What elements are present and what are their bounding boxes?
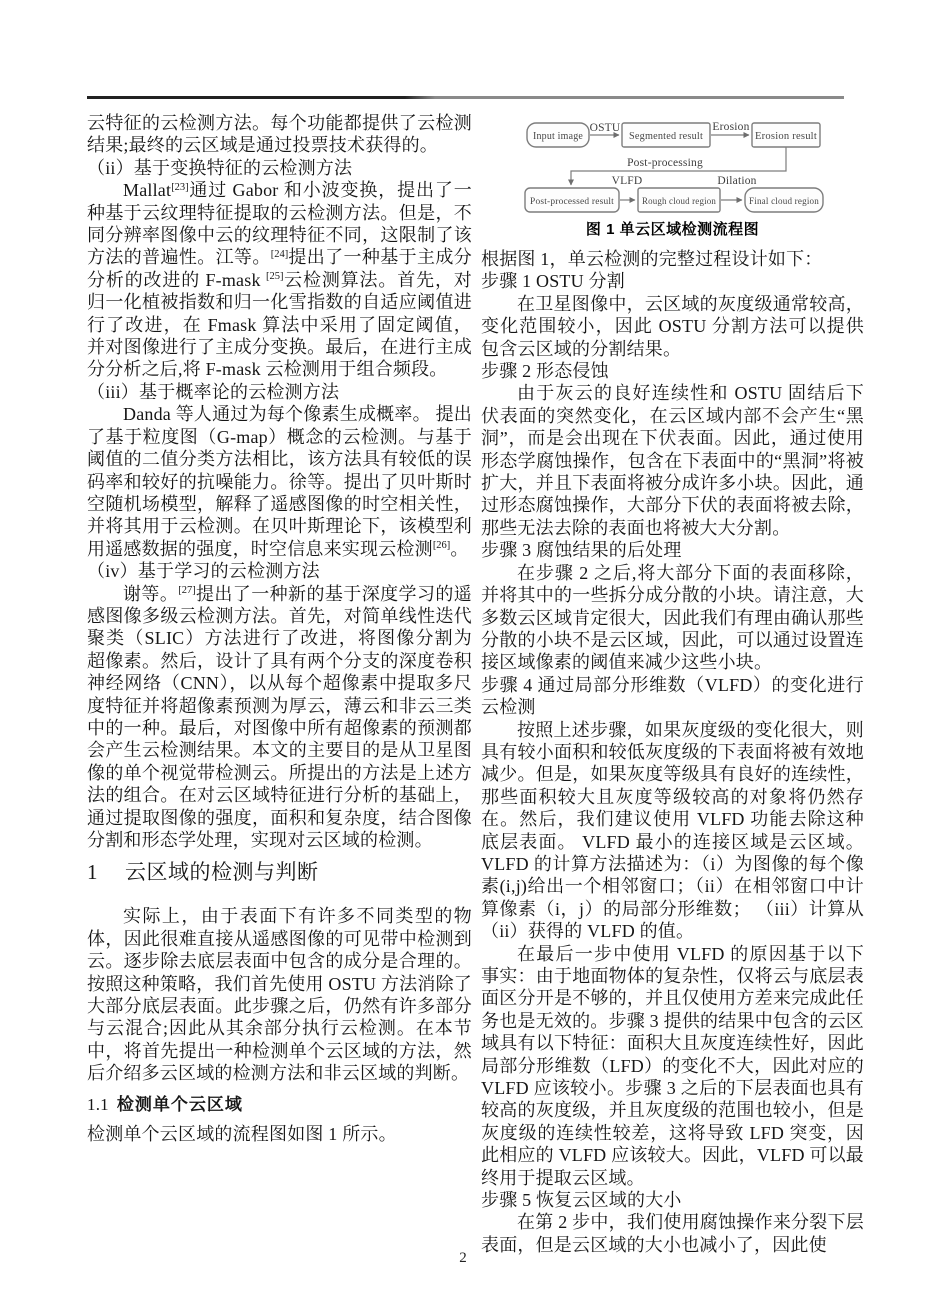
- paragraph-figure-intro: 根据图 1，单云检测的完整过程设计如下：: [481, 248, 864, 270]
- section-heading-1: 1云区域的检测与判断: [87, 857, 472, 887]
- step-4-text-2: 在最后一步中使用 VLFD 的原因基于以下事实：由于地面物体的复杂性，仅将云与底…: [481, 943, 864, 1189]
- step-2-label: 步骤 2 形态侵蚀: [481, 360, 864, 382]
- text-run: 。: [450, 539, 468, 559]
- citation-ref: [23]: [171, 182, 189, 193]
- citation-ref: [26]: [433, 540, 451, 551]
- citation-ref: [24]: [271, 249, 289, 260]
- paragraph-section1-intro: 实际上，由于表面下有许多不同类型的物体，因此很难直接从遥感图像的可见带中检测到云…: [87, 905, 472, 1084]
- flow-edge-label-ostu: OSTU: [590, 122, 621, 134]
- flow-label-post-processed-result: Post-processed result: [530, 197, 614, 207]
- method-heading-iv: （iv）基于学习的云检测方法: [87, 560, 472, 582]
- section-heading-1-1: 1.1检测单个云区域: [87, 1093, 472, 1117]
- flow-edge-label-vlfd: VLFD: [612, 175, 643, 187]
- right-column: Input image Segmented result Erosion res…: [481, 112, 864, 1256]
- figure-1-caption: 图 1 单云区域检测流程图: [481, 220, 864, 240]
- left-column: 云特征的云检测方法。每个功能都提供了云检测结果;最终的云区域是通过投票技术获得的…: [87, 112, 472, 1145]
- flow-edge-label-dilation: Dilation: [717, 175, 756, 187]
- text-run: 提出了一种新的基于深度学习的遥感图像多级云检测方法。首先，对简单线性迭代聚类（S…: [87, 584, 472, 850]
- step-1-label: 步骤 1 OSTU 分割: [481, 270, 864, 292]
- step-3-label: 步骤 3 腐蚀结果的后处理: [481, 539, 864, 561]
- text-run: Danda 等人通过为每个像素生成概率。 提出了基于粒度图（G-map）概念的云…: [87, 404, 472, 558]
- flow-label-rough-cloud-region: Rough cloud region: [642, 197, 716, 207]
- flow-edge-label-erosion: Erosion: [712, 121, 749, 133]
- step-1-text: 在卫星图像中，云区域的灰度级通常较高，变化范围较小，因此 OSTU 分割方法可以…: [481, 293, 864, 360]
- paragraph-continued: 云特征的云检测方法。每个功能都提供了云检测结果;最终的云区域是通过投票技术获得的…: [87, 112, 472, 157]
- step-4-text: 按照上述步骤，如果灰度级的变化很大，则具有较小面积和较低灰度级的下表面将被有效地…: [481, 719, 864, 943]
- paragraph-figure-reference: 检测单个云区域的流程图如图 1 所示。: [87, 1123, 472, 1145]
- step-4-label: 步骤 4 通过局部分形维数（VLFD）的变化进行云检测: [481, 674, 864, 719]
- section-title: 云区域的检测与判断: [125, 860, 319, 884]
- citation-ref: [27]: [178, 585, 196, 596]
- text-run: 谢等。: [123, 584, 178, 604]
- section-number: 1: [87, 857, 98, 887]
- header-rule: [87, 96, 844, 99]
- flow-edge-label-post-processing: Post-processing: [627, 157, 703, 169]
- paragraph-learning-methods: 谢等。[27]提出了一种新的基于深度学习的遥感图像多级云检测方法。首先，对简单线…: [87, 583, 472, 852]
- method-heading-ii: （ii）基于变换特征的云检测方法: [87, 157, 472, 179]
- flow-label-final-cloud-region: Final cloud region: [749, 197, 819, 207]
- step-3-text: 在步骤 2 之后,将大部分下面的表面移除，并将其中的一些拆分成分散的小块。请注意…: [481, 562, 864, 674]
- page-number: 2: [0, 1250, 926, 1267]
- method-heading-iii: （iii）基于概率论的云检测方法: [87, 381, 472, 403]
- flow-label-input-image: Input image: [533, 131, 583, 142]
- flow-label-erosion-result: Erosion result: [755, 131, 817, 142]
- paragraph-transform-methods: Mallat[23]通过 Gabor 和小波变换，提出了一种基于云纹理特征提取的…: [87, 179, 472, 381]
- step-2-text: 由于灰云的良好连续性和 OSTU 固结后下伏表面的突然变化，在云区域内部不会产生…: [481, 382, 864, 539]
- citation-ref: [25]: [266, 271, 284, 282]
- flow-label-segmented-result: Segmented result: [629, 131, 703, 142]
- subsection-title: 检测单个云区域: [117, 1095, 243, 1114]
- step-5-label: 步骤 5 恢复云区域的大小: [481, 1189, 864, 1211]
- figure-1-flowchart: Input image Segmented result Erosion res…: [481, 112, 864, 218]
- text-run: Mallat: [123, 180, 171, 200]
- paragraph-probability-methods: Danda 等人通过为每个像素生成概率。 提出了基于粒度图（G-map）概念的云…: [87, 403, 472, 560]
- subsection-number: 1.1: [87, 1095, 109, 1114]
